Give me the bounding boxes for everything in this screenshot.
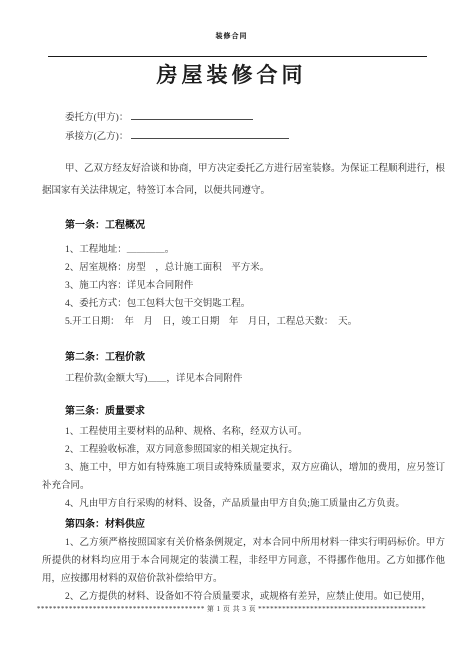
section-project-overview: 第一条：工程概况 1、工程地址：＿＿＿＿。 2、居室规格：房型 ，总计施工面积 … xyxy=(42,217,445,331)
section-3-items: 1、工程使用主要材料的品种、规格、名称，经双方认可。 2、工程验收标准，双方同意… xyxy=(42,423,445,513)
footer-stars-left: ****************************************… xyxy=(37,605,205,613)
section-project-price: 第二条：工程价款 工程价款(金额大写)＿＿，详见本合同附件 xyxy=(42,349,445,388)
clause: 2、乙方提供的材料、设备如不符合质量要求，或规格有差异，应禁止使用。如已使用， xyxy=(42,588,445,606)
footer-stars-right: ****************************************… xyxy=(258,605,426,613)
section-4-items: 1、乙方须严格按照国家有关价格条例规定，对本合同中所用材料一律实行明码标价。甲方… xyxy=(42,534,445,606)
clause: 2、工程验收标准，双方同意参照国家的相关规定执行。 xyxy=(42,441,445,459)
section-2-heading: 第二条：工程价款 xyxy=(42,349,445,367)
clause: 1、工程地址：＿＿＿＿。 xyxy=(42,241,445,259)
running-header: 装修合同 xyxy=(0,0,463,41)
document-body: 委托方(甲方)： 承接方(乙方)： 甲、乙双方经友好洽谈和协商，甲方决定委托乙方… xyxy=(0,108,463,606)
party-b-row: 承接方(乙方)： xyxy=(42,127,445,146)
clause: 4、凡由甲方自行采购的材料、设备，产品质量由甲方自负;施工质量由乙方负责。 xyxy=(42,495,445,513)
section-3-heading: 第三条：质量要求 xyxy=(42,403,445,421)
section-2-items: 工程价款(金额大写)＿＿，详见本合同附件 xyxy=(42,370,445,388)
header-rule xyxy=(48,56,427,57)
party-b-blank-line xyxy=(131,127,289,139)
clause: 4、委托方式：包工包料大包干交钥匙工程。 xyxy=(42,295,445,313)
clause: 1、乙方须严格按照国家有关价格条例规定，对本合同中所用材料一律实行明码标价。甲方… xyxy=(42,534,445,588)
party-b-label: 承接方(乙方)： xyxy=(65,132,128,142)
page-number: 第 1 页 共 3 页 xyxy=(205,605,258,613)
section-4-heading: 第四条：材料供应 xyxy=(42,516,445,534)
clause: 3、施工内容：详见本合同附件 xyxy=(42,277,445,295)
party-a-label: 委托方(甲方)： xyxy=(65,113,128,123)
clause: 工程价款(金额大写)＿＿，详见本合同附件 xyxy=(42,370,445,388)
clause: 1、工程使用主要材料的品种、规格、名称，经双方认可。 xyxy=(42,423,445,441)
clause: 3、施工中，甲方如有特殊施工项目或特殊质量要求，双方应确认，增加的费用，应另签订… xyxy=(42,459,445,495)
intro-paragraph: 甲、乙双方经友好洽谈和协商，甲方决定委托乙方进行居室装修。为保证工程顺利进行，根… xyxy=(42,159,445,202)
section-1-heading: 第一条：工程概况 xyxy=(42,217,445,235)
party-a-blank-line xyxy=(131,108,253,120)
page-title: 房屋装修合同 xyxy=(0,63,463,89)
section-quality-requirements: 第三条：质量要求 1、工程使用主要材料的品种、规格、名称，经双方认可。 2、工程… xyxy=(42,403,445,513)
page-footer: ****************************************… xyxy=(0,605,463,614)
clause: 2、居室规格：房型 ，总计施工面积 平方米。 xyxy=(42,259,445,277)
section-1-items: 1、工程地址：＿＿＿＿。 2、居室规格：房型 ，总计施工面积 平方米。 3、施工… xyxy=(42,241,445,331)
party-a-row: 委托方(甲方)： xyxy=(42,108,445,127)
contract-page: 装修合同 房屋装修合同 委托方(甲方)： 承接方(乙方)： 甲、乙双方经友好洽谈… xyxy=(0,0,463,655)
clause: 5.开工日期： 年 月 日，竣工日期 年 月日，工程总天数： 天。 xyxy=(42,313,445,331)
section-material-supply: 第四条：材料供应 1、乙方须严格按照国家有关价格条例规定，对本合同中所用材料一律… xyxy=(42,516,445,606)
